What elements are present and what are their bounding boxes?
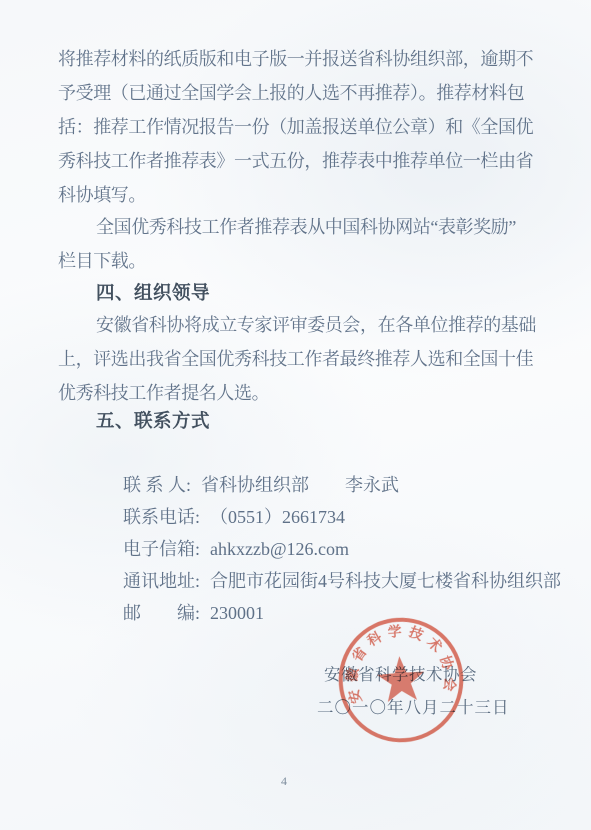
contact-label: 电子信箱: (123, 539, 200, 559)
body-line: 科协填写。 (58, 178, 536, 212)
document-page: 将推荐材料的纸质版和电子版一并报送省科协组织部，逾期不 予受理（已通过全国学会上… (0, 0, 591, 830)
body-line: 括：推荐工作情况报告一份（加盖报送单位公章）和《全国优 (58, 110, 536, 144)
contact-label: 联系电话: (123, 507, 200, 527)
page-number: 4 (281, 774, 287, 789)
contact-label: 通讯地址: (123, 571, 200, 591)
official-seal: 安徽省科学技术协会 (329, 608, 472, 751)
body-line: 全国优秀科技工作者推荐表从中国科协网站“表彰奖励” (58, 210, 536, 244)
body-line: 予受理（已通过全国学会上报的人选不再推荐）。推荐材料包 (58, 76, 536, 110)
contact-value: ahkxzzb@126.com (210, 539, 349, 559)
contact-line-person: 联 系 人:省科协组织部 李永武 (96, 437, 536, 469)
body-paragraph-1: 将推荐材料的纸质版和电子版一并报送省科协组织部，逾期不 予受理（已通过全国学会上… (58, 42, 536, 212)
body-line: 上，评选出我省全国优秀科技工作者最终推荐人选和全国十佳 (58, 342, 536, 376)
section-heading-organization: 四、组织领导 (96, 276, 210, 310)
contact-label: 联 系 人: (123, 475, 191, 495)
seal-star-icon (376, 654, 426, 702)
body-line: 秀科技工作者推荐表》一式五份，推荐表中推荐单位一栏由省 (58, 144, 536, 178)
contact-value: 合肥市花园街4号科技大厦七楼省科协组织部 (210, 571, 561, 591)
contact-block: 联 系 人:省科协组织部 李永武 联系电话:（0551）2661734 电子信箱… (96, 437, 536, 597)
body-line: 栏目下载。 (58, 244, 536, 278)
contact-label: 邮 编: (123, 603, 200, 623)
body-line: 将推荐材料的纸质版和电子版一并报送省科协组织部，逾期不 (58, 42, 536, 76)
contact-value: 省科协组织部 李永武 (201, 475, 399, 495)
body-line: 安徽省科协将成立专家评审委员会，在各单位推荐的基础 (58, 308, 536, 342)
section-heading-contact: 五、联系方式 (96, 404, 210, 438)
contact-value: 230001 (210, 603, 264, 623)
body-paragraph-2: 全国优秀科技工作者推荐表从中国科协网站“表彰奖励” 栏目下载。 (58, 210, 536, 278)
body-paragraph-3: 安徽省科协将成立专家评审委员会，在各单位推荐的基础 上，评选出我省全国优秀科技工… (58, 308, 536, 410)
contact-value: （0551）2661734 (210, 507, 345, 527)
